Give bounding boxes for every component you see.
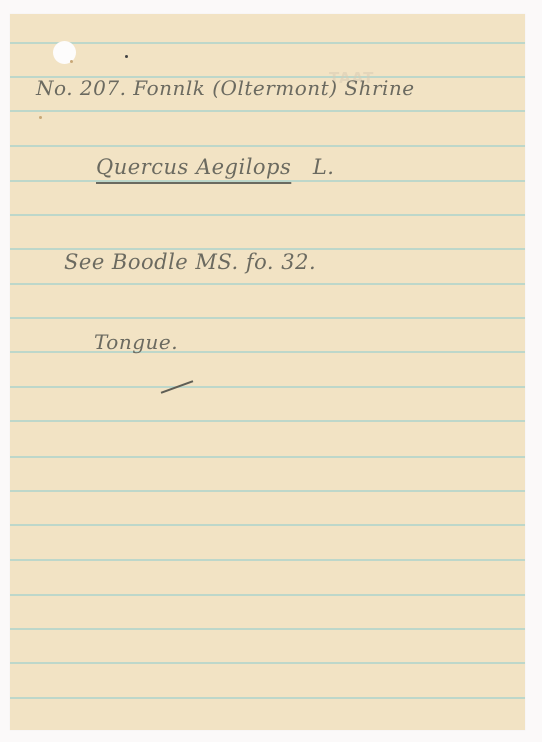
rule-line [10, 594, 525, 596]
stain-spot [39, 116, 42, 119]
species-authority: L. [313, 155, 335, 179]
rule-line [10, 420, 525, 422]
note-line: Tongue. [94, 330, 178, 354]
ink-dot [125, 55, 128, 58]
rule-line [10, 214, 525, 216]
rule-line [10, 697, 525, 699]
rule-line [10, 490, 525, 492]
rule-line [10, 628, 525, 630]
rule-line [10, 456, 525, 458]
rule-line [10, 42, 525, 44]
rule-line [10, 317, 525, 319]
species-name: Quercus Aegilops [96, 155, 291, 179]
rule-line [10, 351, 525, 353]
rule-line [10, 180, 525, 182]
rule-line [10, 662, 525, 664]
reference-line: See Boodle MS. fo. 32. [64, 250, 316, 274]
stain-spot [70, 60, 73, 63]
note-card [10, 14, 525, 730]
rule-line [10, 283, 525, 285]
rule-line [10, 524, 525, 526]
rule-line [10, 110, 525, 112]
rule-line [10, 145, 525, 147]
rule-line [10, 386, 525, 388]
species-name-line: Quercus Aegilops L. [96, 155, 334, 179]
catalog-number-line: No. 207. Fonnlk (Oltermont) Shrine [36, 76, 415, 100]
rule-line [10, 559, 525, 561]
